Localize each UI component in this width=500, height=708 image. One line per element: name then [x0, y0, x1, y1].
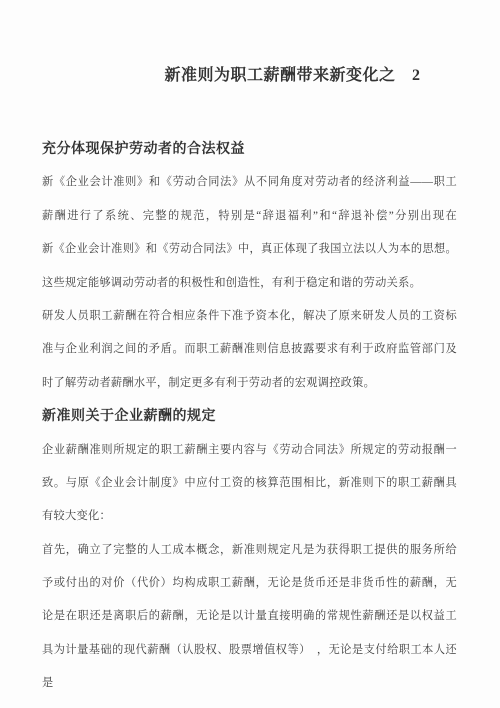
- text-line: 具为计量基础的现代薪酬（认股权、股票增值权等） ，无论是支付给职工本人还是: [42, 634, 457, 667]
- text-line: 准与企业利润之间的矛盾。而职工薪酬准则信息披露要求有利于政府监管部门及: [42, 333, 457, 366]
- text-line: 新《企业会计准则》和《劳动合同法》中，真正体现了我国立法以人为本的思想。: [42, 233, 457, 266]
- text-line: 时了解劳动者薪酬水平，制定更多有利于劳动者的宏观调控政策。: [42, 367, 457, 400]
- text-line: 这些规定能够调动劳动者的积极性和创造性，有利于稳定和谐的劳动关系。: [42, 267, 457, 300]
- text-line: 予或付出的对价（代价）均构成职工薪酬，无论是货币还是非货币性的薪酬，无: [42, 567, 457, 600]
- document-title: 新准则为职工薪酬带来新变化之 2: [85, 62, 500, 85]
- section-heading: 充分体现保护劳动者的合法权益: [42, 133, 457, 166]
- text-line: 企业薪酬准则所规定的职工薪酬主要内容与《劳动合同法》所规定的劳动报酬一: [42, 434, 457, 467]
- text-line: 首先，确立了完整的人工成本概念，新准则规定凡是为获得职工提供的服务所给: [42, 534, 457, 567]
- text-line: 致。与原《企业会计制度》中应付工资的核算范围相比，新准则下的职工薪酬具: [42, 467, 457, 500]
- document-page: 新准则为职工薪酬带来新变化之 2 充分体现保护劳动者的合法权益新《企业会计准则》…: [0, 0, 500, 708]
- text-line: 研发人员职工薪酬在符合相应条件下准予资本化，解决了原来研发人员的工资标: [42, 300, 457, 333]
- text-line: 论是在职还是离职后的薪酬，无论是以计量直接明确的常规性薪酬还是以权益工: [42, 600, 457, 633]
- document-body: 充分体现保护劳动者的合法权益新《企业会计准则》和《劳动合同法》从不同角度对劳动者…: [42, 133, 457, 667]
- text-line: 新《企业会计准则》和《劳动合同法》从不同角度对劳动者的经济利益——职工: [42, 166, 457, 199]
- text-line: 薪酬进行了系统、完整的规范，特别是“辞退福利”和“辞退补偿”分别出现在: [42, 200, 457, 233]
- text-line: 有较大变化：: [42, 500, 457, 533]
- section-heading: 新准则关于企业薪酬的规定: [42, 400, 457, 433]
